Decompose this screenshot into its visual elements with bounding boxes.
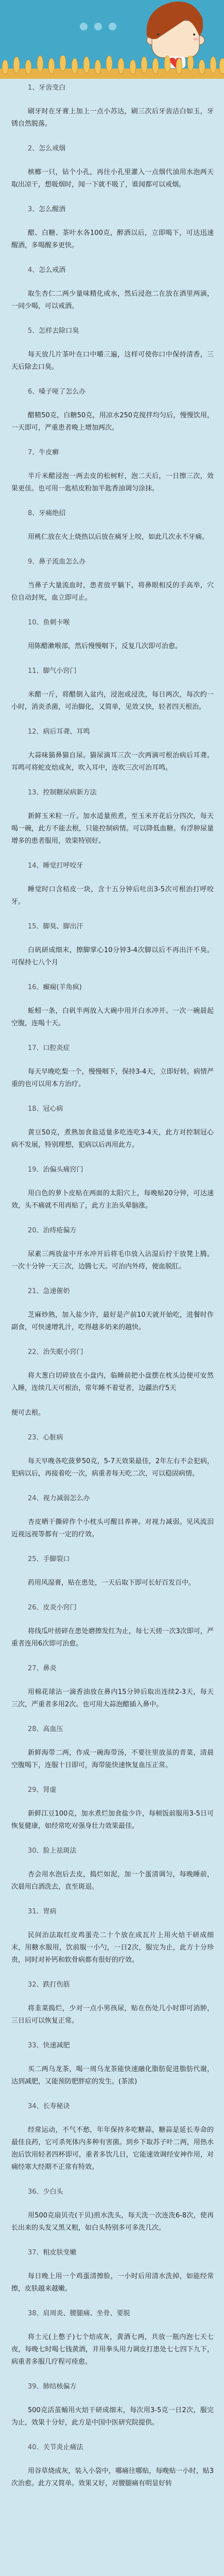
remedy-title-text: 跌打伤筋 bbox=[43, 1981, 70, 1989]
remedy-item: 30、脸上祛斑法 杏会用水泡后去皮，捣烂如泥，加一个蛋清调匀，每晚睡前，次晨用白… bbox=[11, 1845, 214, 1893]
remedy-body: 当鼻子大量流血时，患者放平躺下，将鼻眼相反的手高举，穴位自动封死，血立即可止。 bbox=[11, 580, 214, 604]
remedy-title-text: 癫痫(羊角疯) bbox=[43, 984, 82, 991]
remedy-title: 21、急速催奶 bbox=[11, 1285, 214, 1298]
remedy-number: 16、 bbox=[28, 984, 43, 991]
remedy-title: 38、肩周炎、腰腿痛、坐骨、要脱 bbox=[11, 2308, 214, 2320]
remedy-title: 7、牛皮癣 bbox=[11, 447, 214, 459]
remedy-number: 20、 bbox=[28, 1227, 43, 1234]
remedy-item: 9、鼻子流血怎么办 当鼻子大量流血时，患者放平躺下，将鼻眼相反的手高举，穴位自动… bbox=[11, 556, 214, 604]
remedy-title-text: 视力减弱怎么办 bbox=[43, 1495, 90, 1502]
remedy-title-text: 鼻子流血怎么办 bbox=[39, 558, 85, 566]
remedy-number: 13、 bbox=[28, 789, 43, 796]
remedy-body: 杏皮晒干撕碎作个小枕头可醒目养神。对视力减弱。见风流泪近视远视等都有一定的疗效。 bbox=[11, 1516, 214, 1541]
remedy-item: 13、控制糖尿病新方法 新鲜玉米粒一斤。加水适量煎煮，至玉米开花后分四次，每天喝… bbox=[11, 787, 214, 848]
remedy-number: 9、 bbox=[28, 558, 39, 566]
remedy-number: 4、 bbox=[28, 266, 39, 274]
wheat-field-icon bbox=[0, 56, 224, 79]
remedy-number: 18、 bbox=[28, 1105, 43, 1113]
remedy-title: 39、肺结核偏方 bbox=[11, 2381, 214, 2393]
remedy-number: 40、 bbox=[28, 2444, 43, 2451]
remedy-body: 用白色的萝卜皮贴在两面的太阳穴上，每晚贴20分钟，可达速效，头不痛就不用再贴了，… bbox=[11, 1188, 214, 1212]
remedy-body: 用棉花球沾一滴香油放在鼻内15分钟后取出连续2-3天，每天三次，严重者多用2次。… bbox=[11, 1686, 214, 1711]
remedy-title-text: 冠心病 bbox=[43, 1105, 63, 1113]
remedy-title-text: 怎么戒烟 bbox=[39, 145, 65, 152]
remedy-title-text: 手脚裂口 bbox=[43, 1555, 70, 1563]
remedy-number: 36、 bbox=[28, 2188, 43, 2196]
remedy-item: 20、治痔疮偏方 尿素三两放盆中开水冲开后将毛巾放入沾湿后拧干放凳上腾。一次十分… bbox=[11, 1225, 214, 1273]
remedy-title: 40、关节炎止痛法 bbox=[11, 2442, 214, 2454]
remedy-title: 15、脚臭、脚出汗 bbox=[11, 921, 214, 933]
remedy-title: 3、怎么醒酒 bbox=[11, 204, 214, 216]
remedy-body: 用谷草烧成灰，装入小袋中，哪痛往哪贴，每晚贴一小时，贴3次治愈。此方又简单。效果… bbox=[11, 2465, 214, 2490]
remedy-title-text: 脸上祛斑法 bbox=[43, 1847, 77, 1855]
remedy-number: 2、 bbox=[28, 145, 39, 152]
remedy-title: 29、肾虚 bbox=[11, 1784, 214, 1797]
remedy-item: 33、快速减肥 买二两乌龙茶，喝一周乌龙茶能快速融化脂肪促进脂肪代谢，达到减肥，… bbox=[11, 2040, 214, 2088]
remedy-title-text: 少白头 bbox=[43, 2188, 63, 2196]
remedy-title-text: 睡觉打呼咬牙 bbox=[43, 862, 83, 870]
dot-icon bbox=[80, 23, 88, 30]
remedy-body: 槟榔一只，钻个小孔，再往小孔里灌入一点烟代油用水泡两天取出凉干，想吸烟时，闻一下… bbox=[11, 166, 214, 191]
remedy-title-text: 治痔疮偏方 bbox=[43, 1227, 77, 1234]
remedy-title: 10、鱼刺卡喉 bbox=[11, 617, 214, 629]
remedy-item: 31、胃病 民间治法取红皮鸡蛋壳二十个放在成瓦片上用火焙干研成细末，用糖水服用，… bbox=[11, 1906, 214, 1967]
footer-space bbox=[11, 2502, 214, 2523]
remedy-body: 白矾研成细末，擦脚掌心10分钟3-4次脚以后不再出汗不臭。可保持七八个月 bbox=[11, 944, 214, 969]
remedy-body: 睡觉时口含桔皮一块，含十五分钟后吐出3-5次可根治打呼咬牙。 bbox=[11, 884, 214, 908]
article-body: 1、牙齿变白 刷牙时在牙膏上加上一点小苏达，刷三次后牙齿洁白如玉，牙锈自然脱落。… bbox=[0, 79, 224, 2554]
remedy-title: 33、快速减肥 bbox=[11, 2040, 214, 2052]
remedy-item: 12、病后耳聋、耳鸣 大蒜味猫鼻猫自尿。猫尿滴耳三次一次两滴可根治病后耳聋。耳鸣… bbox=[11, 726, 214, 774]
remedy-title-text: 肺结核偏方 bbox=[43, 2383, 77, 2391]
remedy-body: 杏会用水泡后去皮，捣烂如泥，加一个蛋清调匀，每晚睡前，次晨用白酒洗去，直至斑退。 bbox=[11, 1869, 214, 1893]
remedy-title: 5、怎样去除口臭 bbox=[11, 325, 214, 337]
remedy-title: 19、治偏头痛窍门 bbox=[11, 1164, 214, 1176]
remedy-body: 将线瓜叶搓碎在患处磨擦发红为止，每七天搓一次3次即可，严重者连用6次即可治愈。 bbox=[11, 1625, 214, 1650]
remedy-title-text: 嗓子哑了怎么办 bbox=[39, 388, 85, 396]
remedy-title: 12、病后耳聋、耳鸣 bbox=[11, 726, 214, 738]
remedy-item: 18、冠心病 黄豆50克，煮熟加食盐适量多吃连吃3-4天，此方对控制冠心病不发展… bbox=[11, 1103, 214, 1151]
remedy-body: 新鲜江豆100克，加水煮烂加食盐少许，每顿饭前服用3-5日可恢复健康，如经常吃对… bbox=[11, 1808, 214, 1833]
remedy-title: 26、皮炎小窍门 bbox=[11, 1602, 214, 1614]
remedy-number: 3、 bbox=[28, 206, 39, 213]
remedy-number: 7、 bbox=[28, 449, 39, 456]
remedy-body: 500克活茧蛹用火焙干研成细末，每次用3-5克一日2次，服完为止，效果十分好，此… bbox=[11, 2404, 214, 2429]
remedy-number: 6、 bbox=[28, 388, 39, 396]
remedy-title: 11、脚气小窍门 bbox=[11, 665, 214, 677]
remedy-item: 2、怎么戒烟 槟榔一只，钻个小孔，再往小孔里灌入一点烟代油用水泡两天取出凉干，想… bbox=[11, 143, 214, 191]
remedy-item: 1、牙齿变白 刷牙时在牙膏上加上一点小苏达，刷三次后牙齿洁白如玉，牙锈自然脱落。 bbox=[11, 82, 214, 130]
remedy-title: 22、治失眠小窍门 bbox=[11, 1346, 214, 1359]
remedy-number: 8、 bbox=[28, 510, 39, 517]
remedy-number: 24、 bbox=[28, 1495, 43, 1502]
remedy-item: 34、长寿秘诀 经常运动，不气不愁，年年保持多吃糖蒜，糖蒜是延长寿命的最佳良药，… bbox=[11, 2100, 214, 2174]
remedy-body: 经常运动，不气不愁，年年保持多吃糖蒜，糖蒜是延长寿命的最佳良药，它可杀死体内多种… bbox=[11, 2124, 214, 2174]
remedy-item: 14、睡觉打呼咬牙 睡觉时口含桔皮一块，含十五分钟后吐出3-5次可根治打呼咬牙。 bbox=[11, 860, 214, 908]
remedy-number: 21、 bbox=[28, 1287, 43, 1295]
remedy-item: 22、治失眠小窍门 将大葱白切碎放在小盘内，临睡前把小盘摆在枕头边便可安然入睡，… bbox=[11, 1346, 214, 1419]
remedy-item: 17、口腔炎症 每天早晚吃梨一个，慢慢咽下，保持3-4天，立即好转。病情严重的也… bbox=[11, 1042, 214, 1091]
remedy-list: 1、牙齿变白 刷牙时在牙膏上加上一点小苏达，刷三次后牙齿洁白如玉，牙锈自然脱落。… bbox=[11, 82, 214, 2490]
remedy-body: 药用风湿膏，贴在患处，一天后取下即可长好百发百中。 bbox=[11, 1577, 214, 1589]
remedy-title-text: 治失眠小窍门 bbox=[43, 1348, 83, 1356]
remedy-title-text: 胃病 bbox=[43, 1908, 57, 1916]
remedy-title: 20、治痔疮偏方 bbox=[11, 1225, 214, 1237]
remedy-title: 37、粗皮肤变嫩 bbox=[11, 2247, 214, 2259]
remedy-body-continued: 便可去根。 bbox=[11, 1407, 214, 1419]
remedy-title-text: 粗皮肤变嫩 bbox=[43, 2249, 77, 2257]
remedy-title: 8、牙痛绝招 bbox=[11, 507, 214, 520]
dot-icon bbox=[94, 23, 102, 30]
remedy-number: 34、 bbox=[28, 2103, 43, 2110]
remedy-body: 买二两乌龙茶，喝一周乌龙茶能快速融化脂肪促进脂肪代谢，达到减肥，又能预防肥胖症的… bbox=[11, 2063, 214, 2088]
remedy-item: 39、肺结核偏方 500克活茧蛹用火焙干研成细末，每次用3-5克一日2次，服完为… bbox=[11, 2381, 214, 2429]
remedy-item: 25、手脚裂口 药用风湿膏，贴在患处，一天后取下即可长好百发百中。 bbox=[11, 1553, 214, 1589]
remedy-title-text: 鼻炎 bbox=[43, 1665, 57, 1672]
remedy-item: 5、怎样去除口臭 每天放几片茶叶在口中嚼三遍，这样可使你口中保持清香，三天后除去… bbox=[11, 325, 214, 374]
remedy-title-text: 怎么戒酒 bbox=[39, 266, 65, 274]
remedy-item: 29、肾虚 新鲜江豆100克，加水煮烂加食盐少许，每顿饭前服用3-5日可恢复健康… bbox=[11, 1784, 214, 1833]
remedy-number: 11、 bbox=[28, 667, 43, 675]
remedy-number: 28、 bbox=[28, 1725, 43, 1733]
header-banner bbox=[0, 0, 224, 79]
remedy-title-text: 皮炎小窍门 bbox=[43, 1604, 77, 1612]
remedy-title-text: 脚气小窍门 bbox=[43, 667, 77, 675]
remedy-title-text: 心脏病 bbox=[43, 1434, 63, 1442]
remedy-body: 每日晚上用一个鸡蛋清擦脸，一小时后用清水洗掉，如能经常擦，皮肤越来越嫩。 bbox=[11, 2270, 214, 2295]
remedy-title: 24、视力减弱怎么办 bbox=[11, 1493, 214, 1505]
remedy-body: 大蒜味猫鼻猫自尿。猫尿滴耳三次一次两滴可根治病后耳聋。耳鸣可将蛇皮焙成灰，吹入耳… bbox=[11, 750, 214, 774]
remedy-item: 3、怎么醒酒 醋、白糖、茶叶水各100克，醉酒以后，立即喝下，可达迅速醒酒，多喝… bbox=[11, 204, 214, 252]
remedy-title: 32、跌打伤筋 bbox=[11, 1979, 214, 1991]
remedy-body: 用500克扇贝壳(干贝)煎水洗头，每天洗一次连洗6-8次，使再长出来的头发又黑又… bbox=[11, 2210, 214, 2234]
remedy-item: 24、视力减弱怎么办 杏皮晒干撕碎作个小枕头可醒目养神。对视力减弱。见风流泪近视… bbox=[11, 1493, 214, 1541]
remedy-title-text: 怎么醒酒 bbox=[39, 206, 65, 213]
remedy-body: 蚯蚓一条，白矾半两放入大碗中用开白水冲开。一次一碗晨起空腹，连喝十天。 bbox=[11, 1005, 214, 1030]
decor-dots bbox=[80, 23, 116, 30]
remedy-title-text: 牙痛绝招 bbox=[39, 510, 65, 517]
remedy-title: 9、鼻子流血怎么办 bbox=[11, 556, 214, 568]
remedy-body: 取生杏仁二两少量味精化成水，然后浸泡二在放在酒里两滴，一同少喝，可以戒酒。 bbox=[11, 288, 214, 313]
remedy-body: 醋精50克，白糖50克，用凉水250克搅拌均匀后，慢慢饮用，一天即可，严重患者晚… bbox=[11, 410, 214, 434]
remedy-item: 19、治偏头痛窍门 用白色的萝卜皮贴在两面的太阳穴上，每晚贴20分钟，可达速效，… bbox=[11, 1164, 214, 1212]
remedy-body: 刷牙时在牙膏上加上一点小苏达，刷三次后牙齿洁白如玉，牙锈自然脱落。 bbox=[11, 106, 214, 130]
remedy-number: 38、 bbox=[28, 2310, 43, 2317]
remedy-title-text: 长寿秘诀 bbox=[43, 2103, 70, 2110]
remedy-title: 34、长寿秘诀 bbox=[11, 2100, 214, 2113]
remedy-number: 10、 bbox=[28, 619, 43, 626]
remedy-item: 7、牛皮癣 半斤米醋浸泡一两去皮的松树籽，泡二天后，一日擦三次，效果更佳。也可用… bbox=[11, 447, 214, 495]
remedy-body: 将土元(上憋子)七个焙成灰，黄酒七两，共放一瓶内泡七天七夜，每晚七时喝七钱黄酒，… bbox=[11, 2331, 214, 2368]
remedy-title: 28、高血压 bbox=[11, 1723, 214, 1736]
remedy-title: 23、心脏病 bbox=[11, 1432, 214, 1444]
remedy-item: 27、鼻炎 用棉花球沾一滴香油放在鼻内15分钟后取出连续2-3天，每天三次，严重… bbox=[11, 1663, 214, 1711]
remedy-number: 15、 bbox=[28, 923, 43, 930]
remedy-item: 4、怎么戒酒 取生杏仁二两少量味精化成水，然后浸泡二在放在酒里两滴，一同少喝，可… bbox=[11, 264, 214, 313]
remedy-title-text: 脚臭、脚出汗 bbox=[43, 923, 83, 930]
remedy-number: 12、 bbox=[28, 728, 43, 736]
remedy-title: 1、牙齿变白 bbox=[11, 82, 214, 94]
remedy-item: 26、皮炎小窍门 将线瓜叶搓碎在患处磨擦发红为止，每七天搓一次3次即可，严重者连… bbox=[11, 1602, 214, 1650]
remedy-title-text: 牙齿变白 bbox=[39, 84, 65, 92]
remedy-body: 每天放几片茶叶在口中嚼三遍，这样可使你口中保持清香，三天后除去口臭。 bbox=[11, 349, 214, 374]
remedy-body: 民间治法取红皮鸡蛋壳二十个放在成瓦片上用火焙干研成细末，用糖水服用，饮前服一小勺… bbox=[11, 1929, 214, 1967]
remedy-title: 17、口腔炎症 bbox=[11, 1042, 214, 1055]
remedy-title-text: 控制糖尿病新方法 bbox=[43, 789, 97, 796]
remedy-item: 16、癫痫(羊角疯) 蚯蚓一条，白矾半两放入大碗中用开白水冲开。一次一碗晨起空腹… bbox=[11, 981, 214, 1030]
remedy-number: 39、 bbox=[28, 2383, 43, 2391]
remedy-number: 30、 bbox=[28, 1847, 43, 1855]
dot-icon bbox=[109, 23, 116, 30]
remedy-title: 6、嗓子哑了怎么办 bbox=[11, 386, 214, 398]
remedy-title-text: 肾虚 bbox=[43, 1786, 57, 1794]
remedy-body: 将大葱白切碎放在小盘内，临睡前把小盘摆在枕头边便可安然入睡，连续几天可根治，常年… bbox=[11, 1370, 214, 1395]
remedy-title-text: 急速催奶 bbox=[43, 1287, 70, 1295]
remedy-title: 36、少白头 bbox=[11, 2186, 214, 2198]
remedy-body: 每天早晚各吃菠萝50克，5-7天效果最佳，2年左右不会犯病，犯病以后，再接着吃一… bbox=[11, 1455, 214, 1480]
remedy-title-text: 怎样去除口臭 bbox=[39, 327, 79, 335]
remedy-title-text: 高血压 bbox=[43, 1725, 63, 1733]
remedy-number: 19、 bbox=[28, 1166, 43, 1174]
remedy-number: 5、 bbox=[28, 327, 39, 335]
remedy-title-text: 关节炎止痛法 bbox=[43, 2444, 83, 2451]
remedy-number: 14、 bbox=[28, 862, 43, 870]
remedy-item: 37、粗皮肤变嫩 每日晚上用一个鸡蛋清擦脸，一小时后用清水洗掉，如能经常擦，皮肤… bbox=[11, 2247, 214, 2295]
remedy-body: 半斤米醋浸泡一两去皮的松树籽，泡二天后，一日擦三次，效果更佳。也可用一匙桔皮粉加… bbox=[11, 470, 214, 495]
remedy-body: 尿素三两放盆中开水冲开后将毛巾放入沾湿后拧干放凳上腾。一次十分钟一天三次，边腾七… bbox=[11, 1248, 214, 1273]
remedy-item: 40、关节炎止痛法 用谷草烧成灰，装入小袋中，哪痛往哪贴，每晚贴一小时，贴3次治… bbox=[11, 2442, 214, 2490]
remedy-title-text: 病后耳聋、耳鸣 bbox=[43, 728, 90, 736]
remedy-number: 1、 bbox=[28, 84, 39, 92]
remedy-number: 17、 bbox=[28, 1044, 43, 1052]
remedy-item: 32、跌打伤筋 将韭菜捣烂，少对一点小男孩尿，贴在伤处几小时即可消肿，三日后可以… bbox=[11, 1979, 214, 2027]
remedy-title: 31、胃病 bbox=[11, 1906, 214, 1918]
remedy-body: 新鲜玉米粒一斤。加水适量煎煮，至玉米开花后分四次，每天喝一碗，此方不能去根，只能… bbox=[11, 810, 214, 848]
remedy-item: 15、脚臭、脚出汗 白矾研成细末，擦脚掌心10分钟3-4次脚以后不再出汗不臭。可… bbox=[11, 921, 214, 969]
remedy-number: 26、 bbox=[28, 1604, 43, 1612]
remedy-number: 33、 bbox=[28, 2042, 43, 2049]
remedy-item: 23、心脏病 每天早晚各吃菠萝50克，5-7天效果最佳，2年左右不会犯病，犯病以… bbox=[11, 1432, 214, 1480]
remedy-title: 30、脸上祛斑法 bbox=[11, 1845, 214, 1857]
remedy-title-text: 肩周炎、腰腿痛、坐骨、要脱 bbox=[43, 2310, 130, 2317]
remedy-title: 2、怎么戒烟 bbox=[11, 143, 214, 155]
remedy-title: 18、冠心病 bbox=[11, 1103, 214, 1115]
remedy-title-text: 快速减肥 bbox=[43, 2042, 70, 2049]
remedy-item: 11、脚气小窍门 米醋一斤，将醋倒入盆内，浸泡或浸洗，每日两次，每次约一小时，消… bbox=[11, 665, 214, 714]
remedy-title-text: 口腔炎症 bbox=[43, 1044, 70, 1052]
remedy-number: 37、 bbox=[28, 2249, 43, 2257]
remedy-item: 21、急速催奶 芝麻炒熟，加入盐少许，最好是产前10天就开始吃，进餐时作副食，可… bbox=[11, 1285, 214, 1334]
remedy-number: 22、 bbox=[28, 1348, 43, 1356]
remedy-title: 4、怎么戒酒 bbox=[11, 264, 214, 277]
remedy-title: 13、控制糖尿病新方法 bbox=[11, 787, 214, 799]
remedy-body: 黄豆50克，煮熟加食盐适量多吃连吃3-4天，此方对控制冠心病不发展，特别理想，犯… bbox=[11, 1127, 214, 1151]
remedy-body: 新鲜海带二两，作成一碗海带汤，不要往里放虽的青菜，清晨空腹喝下，连服十日即可，海… bbox=[11, 1747, 214, 1772]
remedy-item: 6、嗓子哑了怎么办 醋精50克，白糖50克，用凉水250克搅拌均匀后，慢慢饮用，… bbox=[11, 386, 214, 434]
remedy-title-text: 治偏头痛窍门 bbox=[43, 1166, 83, 1174]
remedy-title-text: 鱼刺卡喉 bbox=[43, 619, 70, 626]
remedy-number: 27、 bbox=[28, 1665, 43, 1672]
remedy-title: 25、手脚裂口 bbox=[11, 1553, 214, 1566]
remedy-item: 36、少白头 用500克扇贝壳(干贝)煎水洗头，每天洗一次连洗6-8次，使再长出… bbox=[11, 2186, 214, 2234]
remedy-number: 25、 bbox=[28, 1555, 43, 1563]
remedy-body: 芝麻炒熟，加入盐少许，最好是产前10天就开始吃，进餐时作副食，可快速增乳汁，吃得… bbox=[11, 1309, 214, 1334]
remedy-item: 10、鱼刺卡喉 用陈醋漱喉部，然后慢慢咽下，反复几次即可治愈。 bbox=[11, 617, 214, 653]
remedy-title-text: 牛皮癣 bbox=[39, 449, 59, 456]
remedy-body: 米醋一斤，将醋倒入盆内，浸泡或浸洗，每日两次，每次约一小时，消炎杀菌，可治脚化，… bbox=[11, 689, 214, 714]
remedy-title: 14、睡觉打呼咬牙 bbox=[11, 860, 214, 872]
remedy-item: 38、肩周炎、腰腿痛、坐骨、要脱 将土元(上憋子)七个焙成灰，黄酒七两，共放一瓶… bbox=[11, 2308, 214, 2368]
remedy-body: 用陈醋漱喉部，然后慢慢咽下，反复几次即可治愈。 bbox=[11, 640, 214, 653]
remedy-body: 将韭菜捣烂，少对一点小男孩尿，贴在伤处几小时即可消肿，三日后可以恢复正常。 bbox=[11, 2003, 214, 2027]
remedy-title: 16、癫痫(羊角疯) bbox=[11, 981, 214, 994]
remedy-number: 32、 bbox=[28, 1981, 43, 1989]
remedy-item: 28、高血压 新鲜海带二两，作成一碗海带汤，不要往里放虽的青菜，清晨空腹喝下，连… bbox=[11, 1723, 214, 1772]
remedy-body: 用桃仁放在火上烧热以后放在痛牙上咬，如此几次永不牙痛。 bbox=[11, 531, 214, 544]
remedy-body: 每天早晚吃梨一个，慢慢咽下，保持3-4天，立即好转。病情严重的也可以用本方治疗。 bbox=[11, 1066, 214, 1091]
remedy-body: 醋、白糖、茶叶水各100克，醉酒以后，立即喝下，可达迅速醒酒，多喝醒多更快。 bbox=[11, 227, 214, 252]
remedy-number: 31、 bbox=[28, 1908, 43, 1916]
remedy-number: 29、 bbox=[28, 1786, 43, 1794]
remedy-title: 27、鼻炎 bbox=[11, 1663, 214, 1675]
remedy-number: 23、 bbox=[28, 1434, 43, 1442]
remedy-item: 8、牙痛绝招 用桃仁放在火上烧热以后放在痛牙上咬，如此几次永不牙痛。 bbox=[11, 507, 214, 544]
